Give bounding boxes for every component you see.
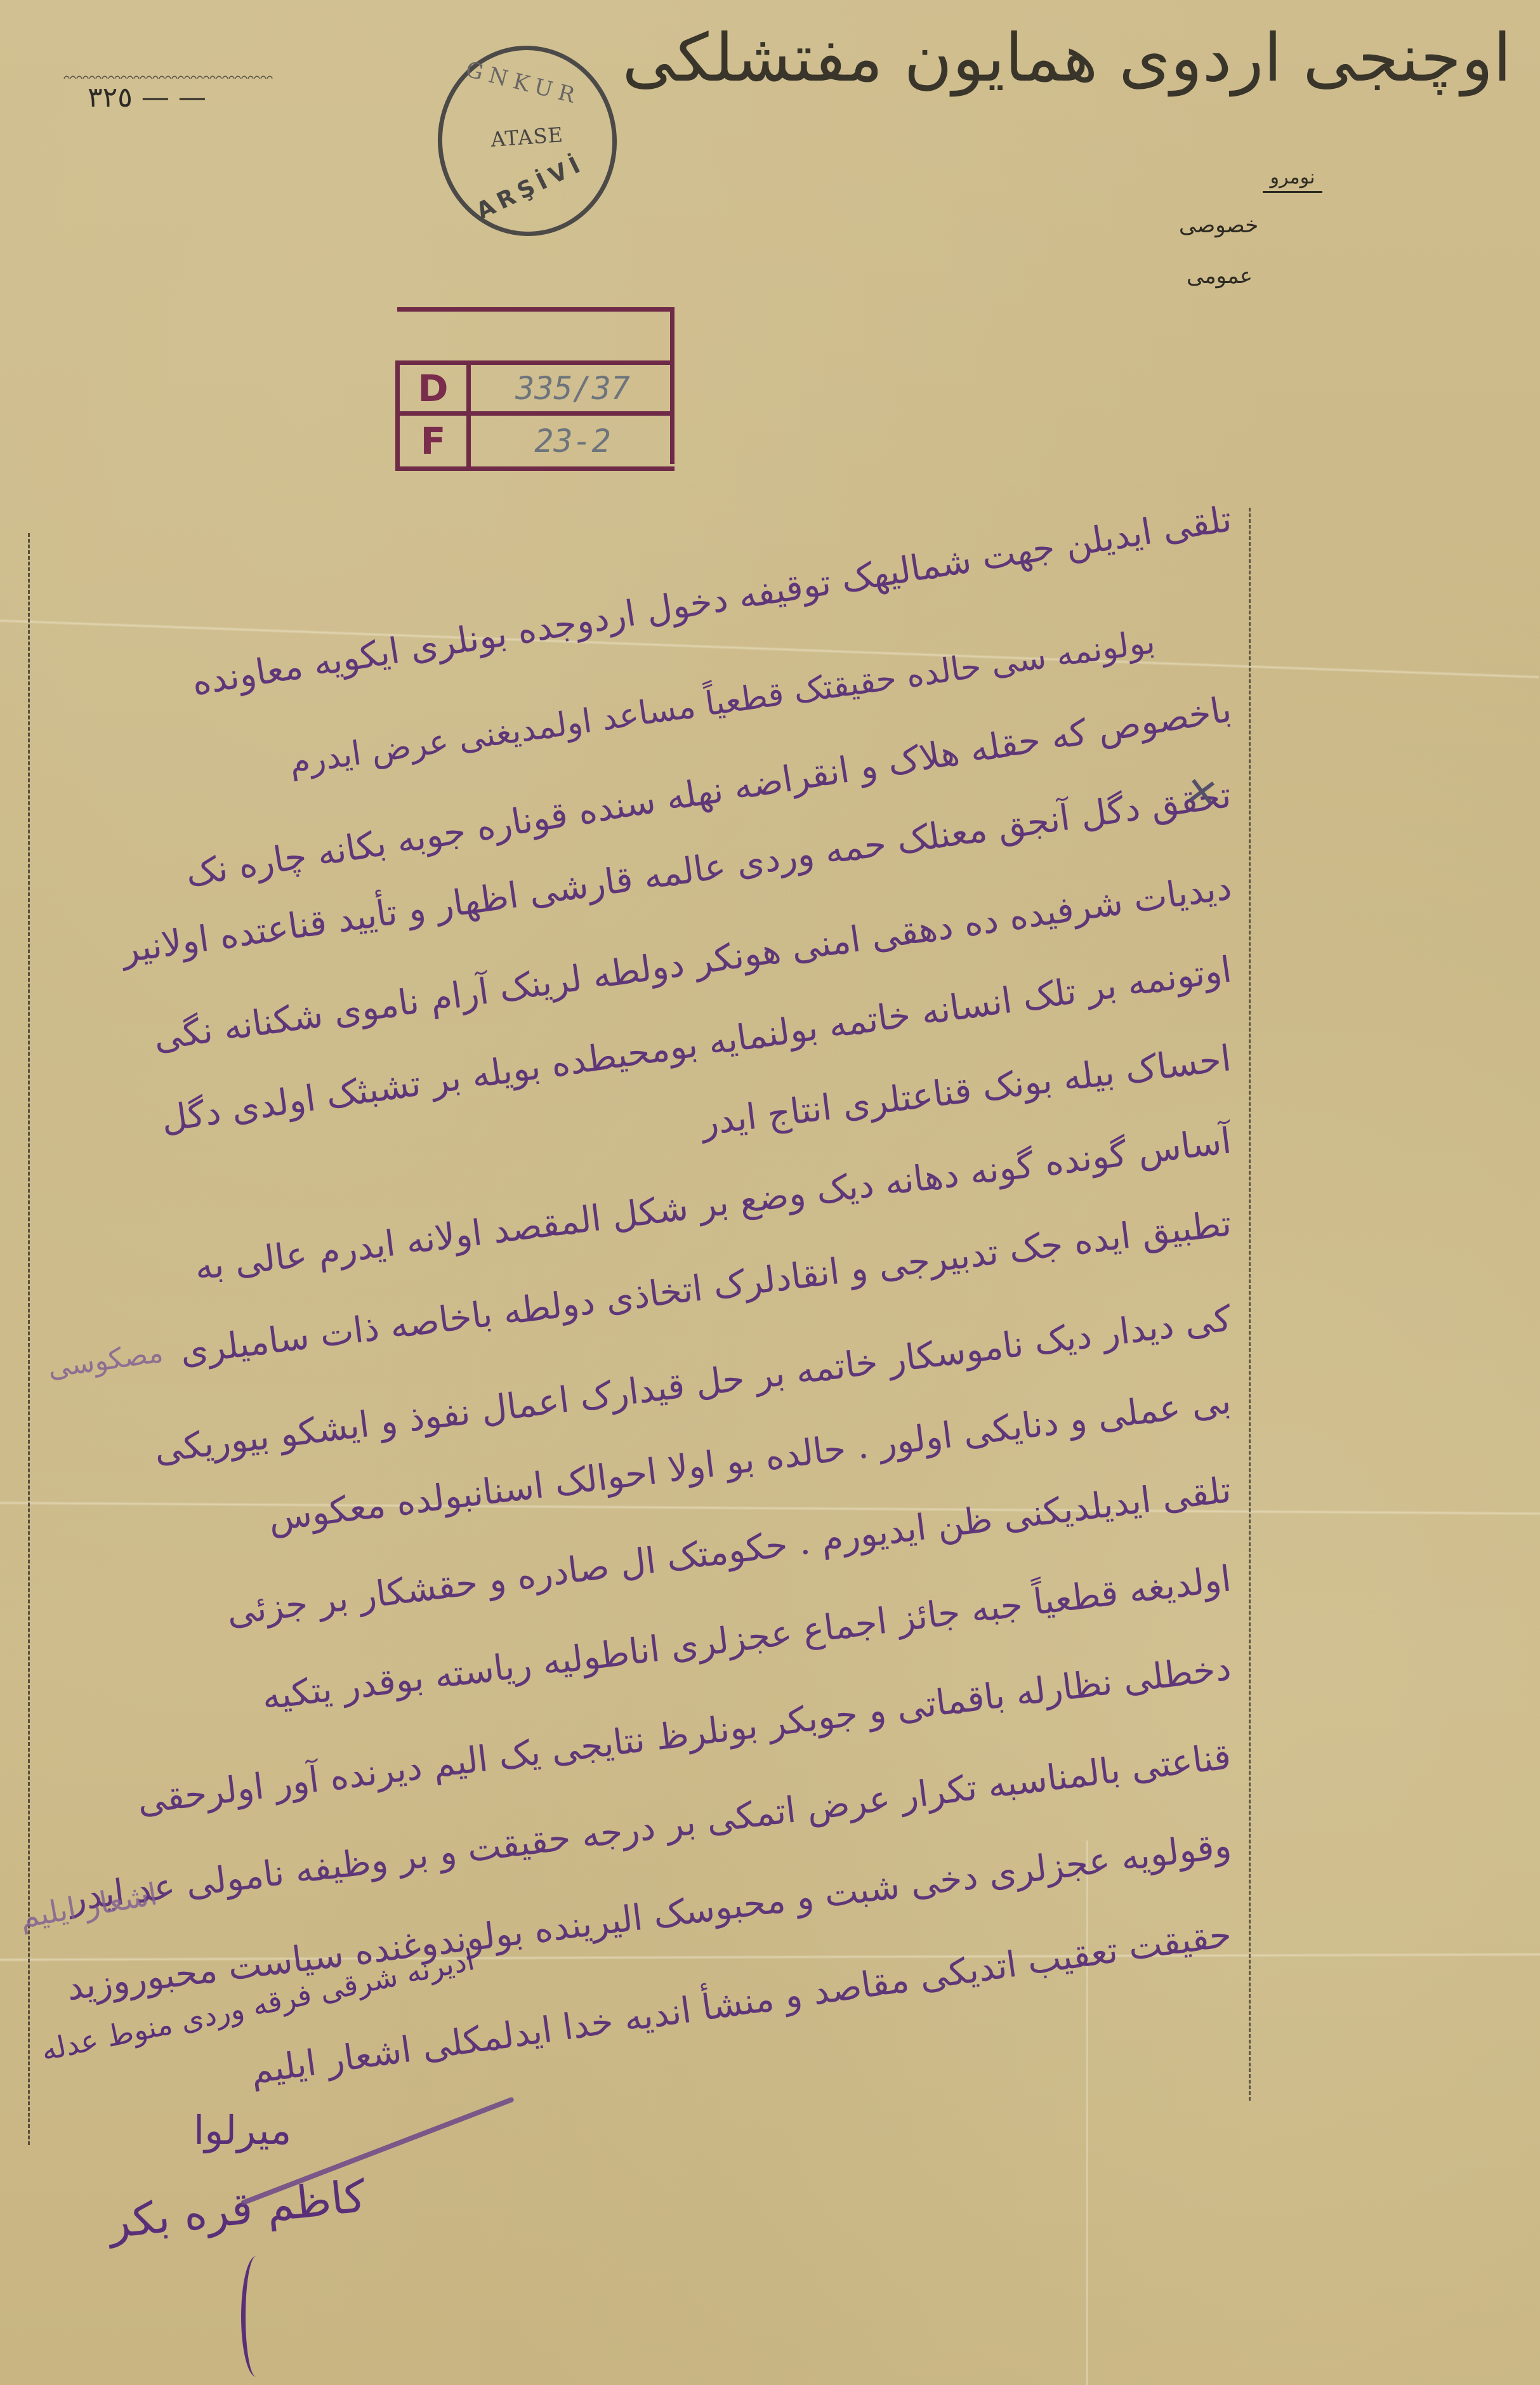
signature: کاظم قره بکر xyxy=(106,2170,368,2249)
right-margin-rule xyxy=(1249,508,1251,2101)
signatory-rank: میرلوا xyxy=(194,2107,291,2153)
letter-body: تلقی ایدیلن جهت شمالیهک توقیفه دخول اردو… xyxy=(38,0,1231,2094)
signature-tail-stroke xyxy=(241,2256,271,2377)
numero-label: نومرو xyxy=(1263,166,1322,193)
body-line: احساک بیله بونک قناعتلری انتاج ایدر xyxy=(699,1041,1233,1141)
cross-mark-icon: ✕ xyxy=(1182,767,1221,818)
body-line: قناعتی بالمناسبه تکرار عرض اتمکی بر درجه… xyxy=(67,1739,1234,1917)
body-line: وقولویه عجزلری دخی شبت و محبوسک الیرینده… xyxy=(65,1828,1233,2006)
